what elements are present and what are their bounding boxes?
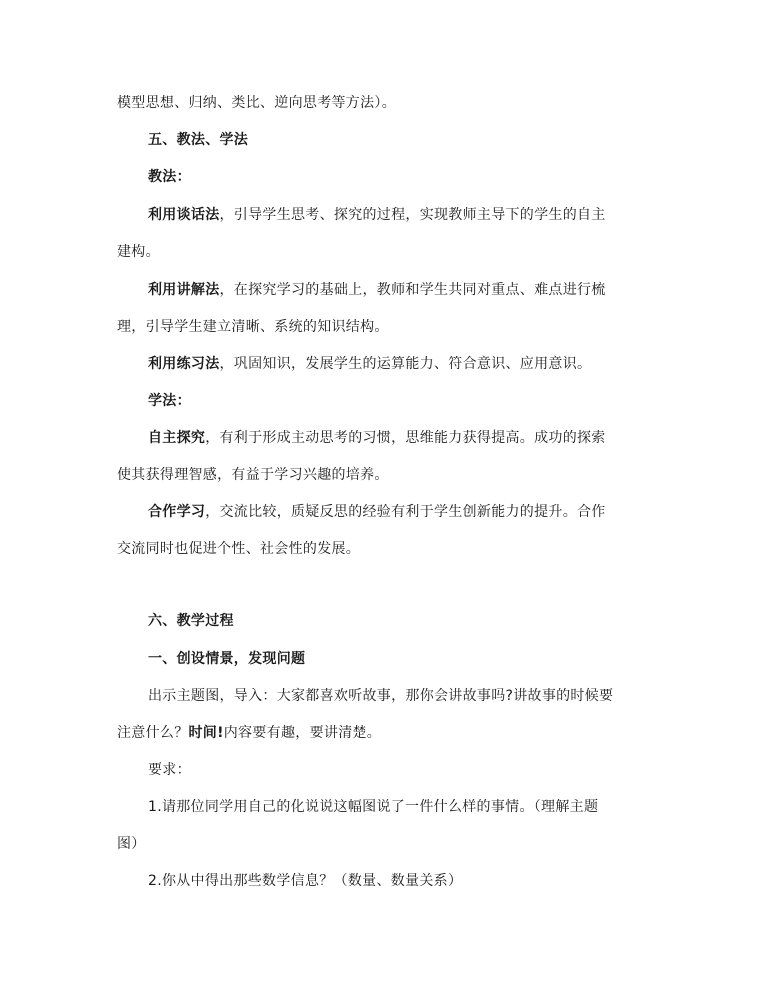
bold-term: 合作学习 [148, 504, 205, 520]
paragraph-cooperative-learning-line2: 交流同时也促进个性、社会性的发展。 [117, 540, 360, 558]
bold-term: 时间! [189, 725, 224, 741]
teaching-methods-label: 教法： [148, 168, 191, 186]
paragraph-dialogue-method: 利用谈话法，引导学生思考、探究的过程，实现教师主导下的学生的自主 [148, 206, 606, 224]
section-heading-6: 六、教学过程 [148, 612, 234, 630]
bold-term: 自主探究 [148, 430, 205, 446]
question-2: 2.你从中得出那些数学信息？（数量、数量关系） [148, 872, 462, 890]
bold-term: 利用练习法 [148, 356, 220, 372]
paragraph-lecture-method-line2: 理，引导学生建立清晰、系统的知识结构。 [117, 318, 389, 336]
paragraph-self-exploration-line2: 使其获得理智感，有益于学习兴趣的培养。 [117, 466, 389, 484]
paragraph-methods-continuation: 模型思想、归纳、类比、逆向思考等方法）。 [117, 94, 396, 112]
paragraph-intro: 出示主题图，导入：大家都喜欢听故事，那你会讲故事吗?讲故事的时候要 [148, 687, 613, 705]
requirements-label: 要求： [148, 761, 191, 779]
paragraph-self-exploration: 自主探究，有利于形成主动思考的习惯，思维能力获得提高。成功的探索 [148, 429, 606, 447]
paragraph-text: ，引导学生思考、探究的过程，实现教师主导下的学生的自主 [220, 207, 606, 223]
question-1-line2: 图） [117, 835, 146, 853]
paragraph-text: ，巩固知识，发展学生的运算能力、符合意识、应用意识。 [220, 356, 592, 372]
paragraph-text: 内容要有趣，要讲清楚。 [224, 725, 381, 741]
paragraph-text: 注意什么？ [117, 725, 189, 741]
learning-methods-label: 学法： [148, 392, 191, 410]
subsection-heading-1: 一、创设情景，发现问题 [148, 650, 305, 668]
paragraph-cooperative-learning: 合作学习，交流比较，质疑反思的经验有利于学生创新能力的提升。合作 [148, 503, 606, 521]
bold-term: 利用讲解法 [148, 282, 220, 298]
bold-term: 利用谈话法 [148, 207, 220, 223]
question-1: 1.请那位同学用自己的化说说这幅图说了一件什么样的事情。（理解主题 [148, 798, 598, 816]
paragraph-dialogue-method-line2: 建构。 [117, 243, 160, 261]
paragraph-practice-method: 利用练习法，巩固知识，发展学生的运算能力、符合意识、应用意识。 [148, 355, 591, 373]
paragraph-text: ，有利于形成主动思考的习惯，思维能力获得提高。成功的探索 [205, 430, 605, 446]
paragraph-intro-line2: 注意什么？时间!内容要有趣，要讲清楚。 [117, 724, 381, 742]
paragraph-lecture-method: 利用讲解法，在探究学习的基础上，教师和学生共同对重点、难点进行梳 [148, 281, 606, 299]
paragraph-text: ，交流比较，质疑反思的经验有利于学生创新能力的提升。合作 [205, 504, 605, 520]
paragraph-text: ，在探究学习的基础上，教师和学生共同对重点、难点进行梳 [220, 282, 606, 298]
section-heading-5: 五、教法、学法 [148, 131, 248, 149]
